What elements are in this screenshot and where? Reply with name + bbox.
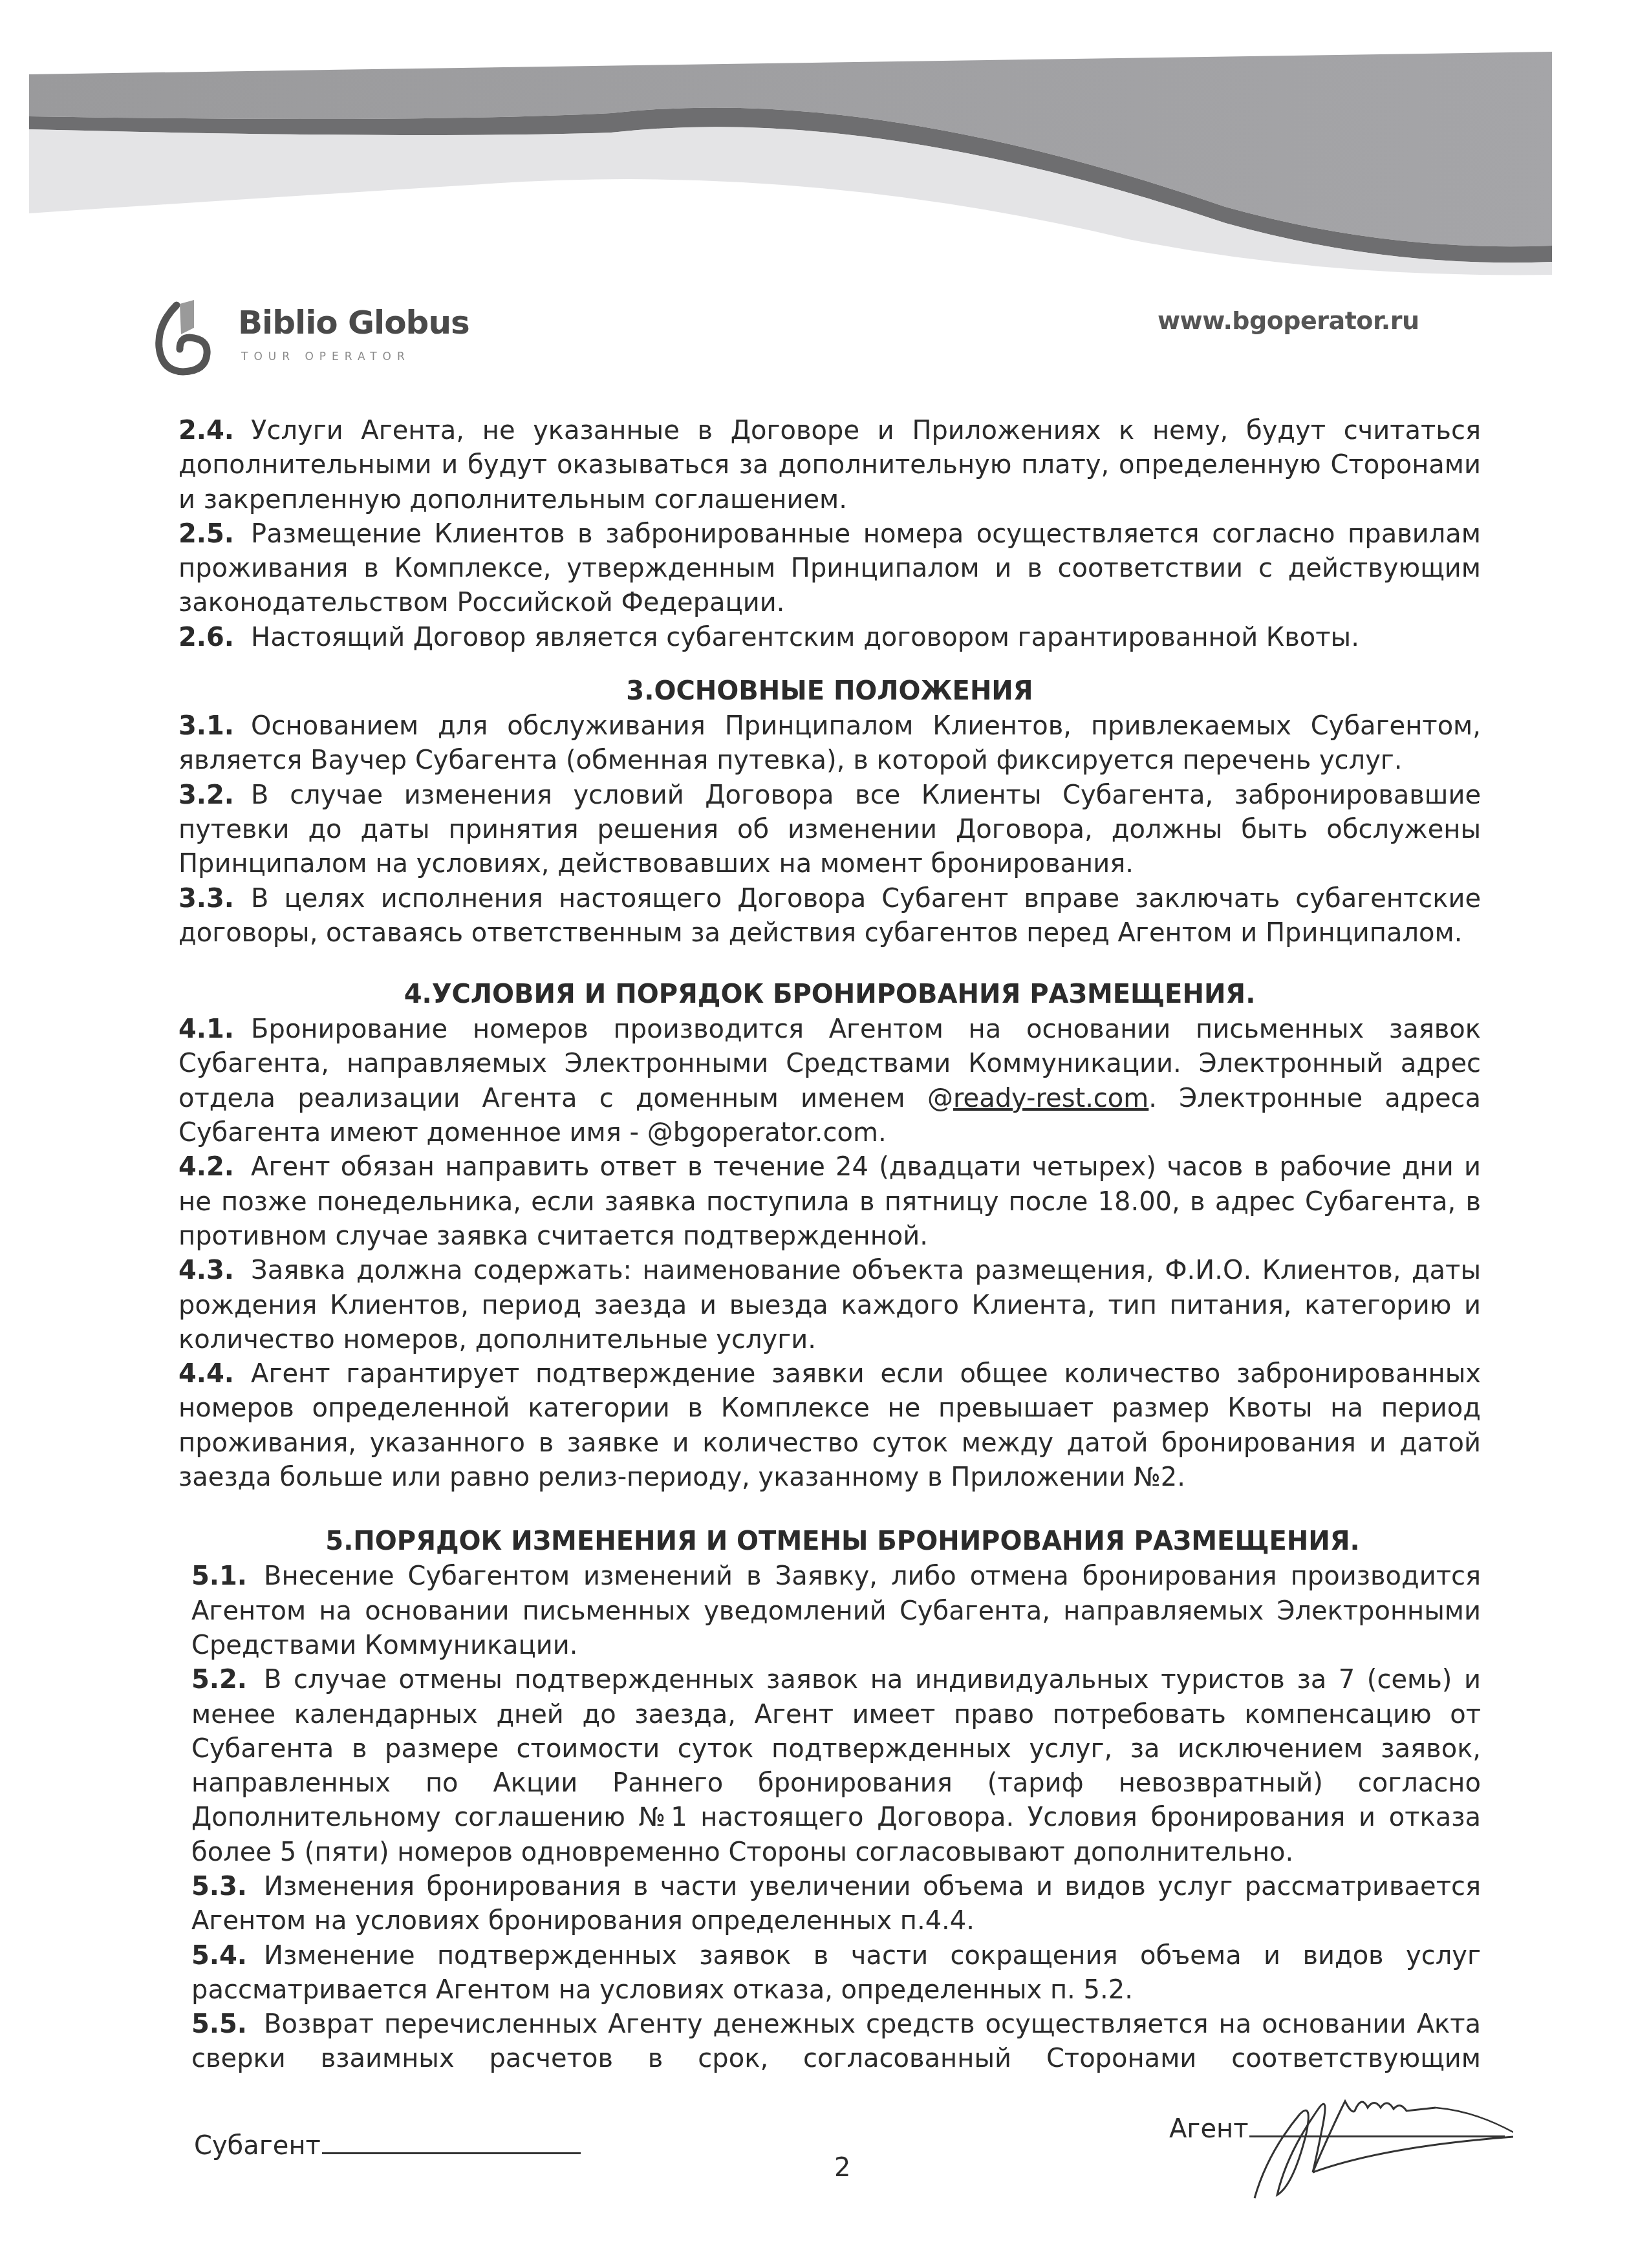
section-3-heading: 3.ОСНОВНЫЕ ПОЛОЖЕНИЯ — [178, 673, 1481, 709]
clause-5-3: 5.3.Изменения бронирования в части увели… — [191, 1870, 1481, 1939]
clause-4-2: 4.2.Агент обязан направить ответ в течен… — [178, 1150, 1481, 1254]
clause-2-4: 2.4.Услуги Агента, не указанные в Догово… — [178, 414, 1481, 517]
section-4-heading: 4.УСЛОВИЯ И ПОРЯДОК БРОНИРОВАНИЯ РАЗМЕЩЕ… — [178, 976, 1481, 1012]
clause-5-5: 5.5.Возврат перечисленных Агенту денежны… — [191, 2007, 1481, 2077]
section-5-body: 5.1.Внесение Субагентом изменений в Заяв… — [178, 1559, 1481, 2076]
website-url: www.bgoperator.ru — [1158, 306, 1419, 335]
page-number: 2 — [834, 2153, 850, 2183]
clause-5-2: 5.2.В случае отмены подтвержденных заяво… — [191, 1663, 1481, 1870]
clause-3-3: 3.3.В целях исполнения настоящего Догово… — [178, 882, 1481, 951]
subagent-signature-line — [322, 2133, 581, 2154]
clause-4-1: 4.1.Бронирование номеров производится Аг… — [178, 1012, 1481, 1150]
handwritten-signature-icon — [1242, 2075, 1513, 2205]
email-domain-link[interactable]: ready-rest.com — [953, 1084, 1148, 1113]
clause-4-3: 4.3.Заявка должна содержать: наименовани… — [178, 1254, 1481, 1357]
section-5-heading: 5.ПОРЯДОК ИЗМЕНЕНИЯ И ОТМЕНЫ БРОНИРОВАНИ… — [178, 1523, 1481, 1559]
header-banner — [29, 45, 1552, 278]
biblio-globus-logo-icon — [154, 299, 225, 376]
company-logo: Biblio Globus TOUR OPERATOR — [154, 299, 387, 376]
document-body: 2.4.Услуги Агента, не указанные в Догово… — [178, 414, 1481, 2077]
clause-3-1: 3.1.Основанием для обслуживания Принципа… — [178, 709, 1481, 778]
logo-name: Biblio Globus — [238, 304, 469, 341]
clause-4-4: 4.4.Агент гарантирует подтверждение заяв… — [178, 1357, 1481, 1495]
logo-subtitle: TOUR OPERATOR — [241, 350, 411, 363]
agent-label: Агент — [1169, 2114, 1248, 2144]
clause-2-6: 2.6.Настоящий Договор является субагентс… — [178, 621, 1481, 655]
clause-5-4: 5.4.Изменение подтвержденных заявок в ча… — [191, 1939, 1481, 2008]
clause-2-5: 2.5.Размещение Клиентов в забронированны… — [178, 517, 1481, 621]
subagent-label: Субагент — [194, 2131, 321, 2161]
clause-3-2: 3.2.В случае изменения условий Договора … — [178, 778, 1481, 882]
clause-5-1: 5.1.Внесение Субагентом изменений в Заяв… — [191, 1559, 1481, 1663]
subagent-signature-field: Субагент — [194, 2131, 581, 2161]
